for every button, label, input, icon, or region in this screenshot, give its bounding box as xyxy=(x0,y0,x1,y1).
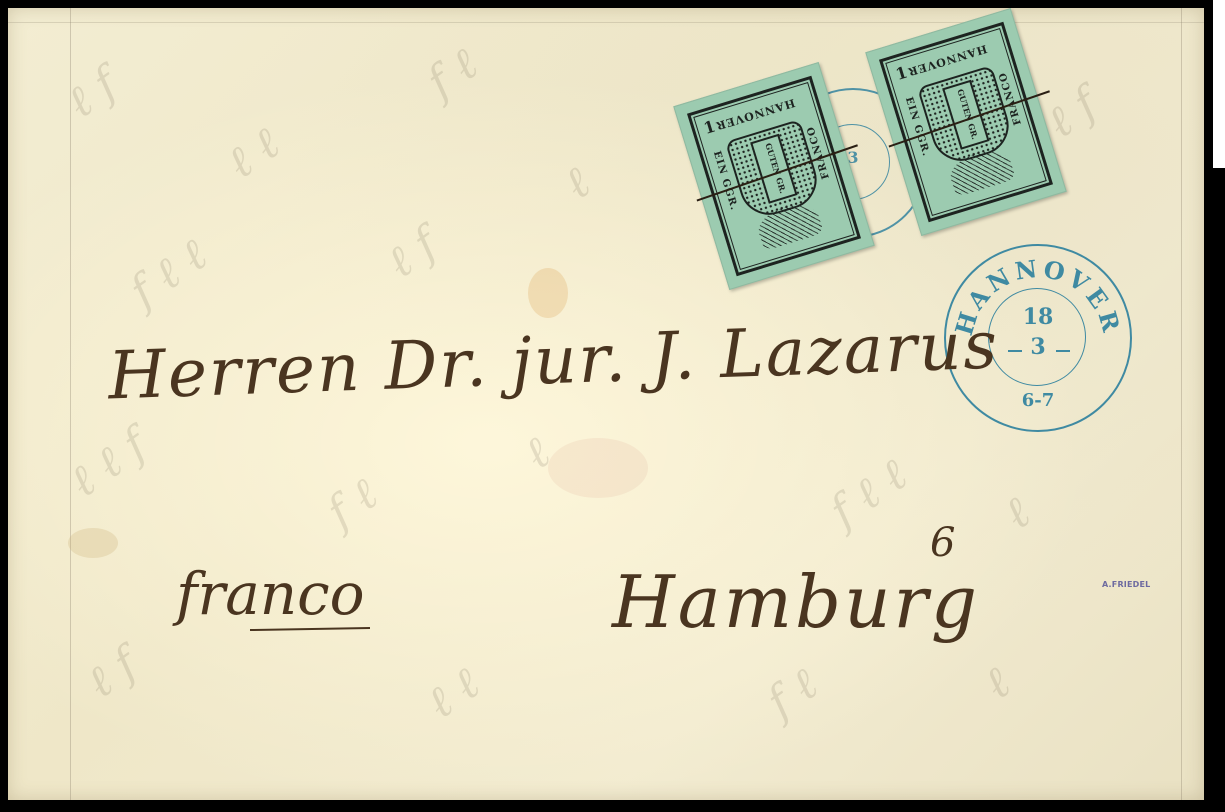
red-ink-stain xyxy=(548,438,648,498)
endorsement-franco: franco xyxy=(176,560,365,628)
expert-signature-mark: A.FRIEDEL xyxy=(1102,580,1150,589)
postmark-hours: 6-7 xyxy=(946,390,1130,411)
foxing-stain xyxy=(528,268,568,318)
background-white-corner xyxy=(1213,0,1225,168)
foxing-stain xyxy=(68,528,118,558)
rate-marking: 6 xyxy=(930,520,955,566)
destination-city: Hamburg xyxy=(612,560,980,644)
